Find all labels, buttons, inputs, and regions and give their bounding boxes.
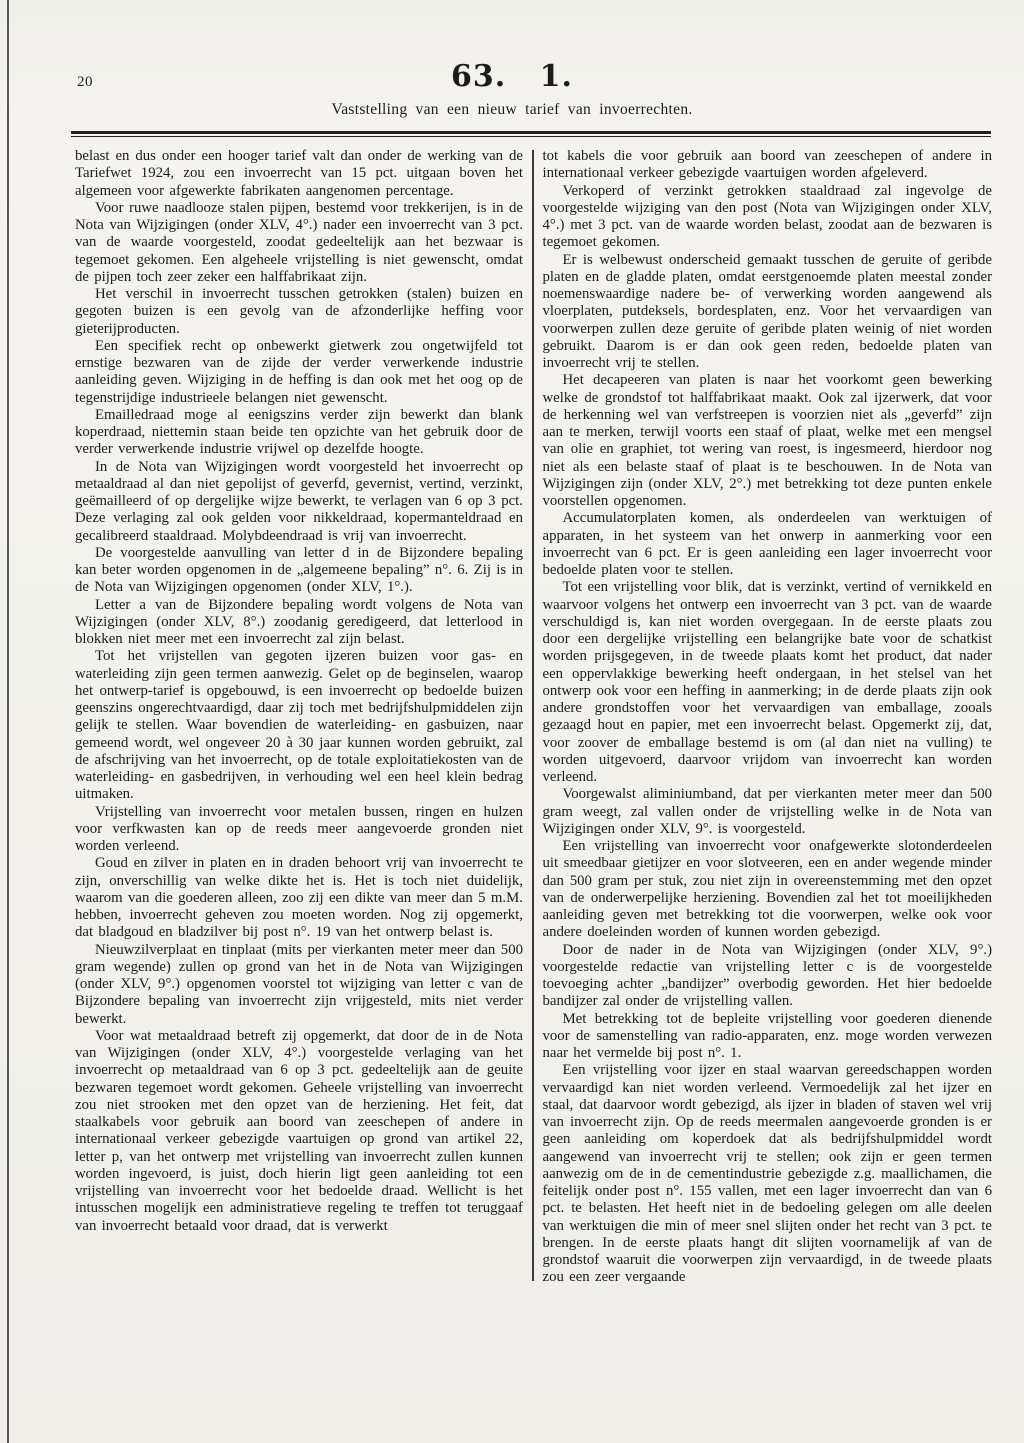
paragraph: Het verschil in invoerrecht tusschen get… xyxy=(75,286,523,338)
page-number: 20 xyxy=(77,74,93,91)
paragraph: Verkoperd of verzinkt getrokken staaldra… xyxy=(543,183,993,252)
paragraph: belast en dus onder een hooger tarief va… xyxy=(75,148,523,200)
paragraph: Er is welbewust onderscheid gemaakt tuss… xyxy=(543,252,993,373)
paragraph: Voor ruwe naadlooze stalen pijpen, beste… xyxy=(75,200,523,286)
header-rule xyxy=(71,131,991,137)
column-divider-rule xyxy=(532,150,534,1281)
paragraph: Tot het vrijstellen van gegoten ijzeren … xyxy=(75,648,523,803)
document-page: 20 63. 1. Vaststelling van een nieuw tar… xyxy=(0,0,1024,1287)
left-column: belast en dus onder een hooger tarief va… xyxy=(75,148,523,1287)
paragraph: Nieuwzilverplaat en tinplaat (mits per v… xyxy=(75,942,523,1028)
text-columns: belast en dus onder een hooger tarief va… xyxy=(75,148,992,1287)
paragraph: Een specifiek recht op onbewerkt gietwer… xyxy=(75,338,523,407)
document-number: 63. xyxy=(451,62,506,92)
paragraph: Vrijstelling van invoerrecht voor metale… xyxy=(75,804,523,856)
paragraph: tot kabels die voor gebruik aan boord va… xyxy=(543,148,993,183)
paragraph: Emailledraad moge al eenigszins verder z… xyxy=(75,407,523,459)
paragraph: Een vrijstelling van invoerrecht voor on… xyxy=(543,838,993,942)
paragraph: De voorgestelde aanvulling van letter d … xyxy=(75,545,523,597)
paragraph: Letter a van de Bijzondere bepaling word… xyxy=(75,597,523,649)
paragraph: Het decapeeren van platen is naar het vo… xyxy=(543,372,993,510)
paragraph: In de Nota van Wijzigingen wordt voorges… xyxy=(75,459,523,545)
document-subtitle: Vaststelling van een nieuw tarief van in… xyxy=(0,101,1024,119)
paragraph: Accumulatorplaten komen, als onderdeelen… xyxy=(543,510,993,579)
paragraph: Met betrekking tot de bepleite vrijstell… xyxy=(543,1011,993,1063)
paragraph: Voorgewalst aliminiumband, dat per vierk… xyxy=(543,786,993,838)
right-column: tot kabels die voor gebruik aan boord va… xyxy=(543,148,993,1287)
paragraph: Door de nader in de Nota van Wijzigingen… xyxy=(543,942,993,1011)
paragraph: Voor wat metaaldraad betreft zij opgemer… xyxy=(75,1028,523,1235)
paragraph: Een vrijstelling voor ijzer en staal waa… xyxy=(543,1062,993,1286)
paragraph: Tot een vrijstelling voor blik, dat is v… xyxy=(543,579,993,786)
document-number-heading: 63. 1. xyxy=(0,0,1024,92)
document-part-number: 1. xyxy=(540,62,573,92)
paragraph: Goud en zilver in platen en in draden be… xyxy=(75,855,523,941)
